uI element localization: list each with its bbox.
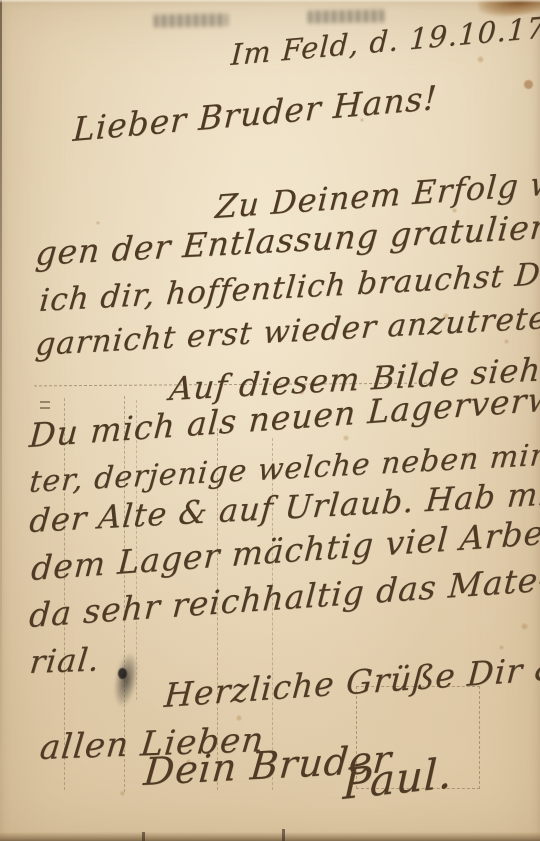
foxing-spot	[96, 221, 100, 225]
foxing-spot	[499, 645, 504, 650]
equals-mark	[40, 401, 50, 403]
foxing-spot	[343, 435, 349, 441]
postcard-photo: Im Feld, d. 19.10.17. Lieber Bruder Hans…	[0, 0, 540, 841]
top-edge-highlight	[0, 0, 540, 3]
show-through-print-right	[308, 9, 384, 23]
foxing-spot	[521, 623, 528, 630]
left-edge-shadow	[0, 0, 2, 760]
ink-blot-core	[118, 668, 127, 679]
show-through-print-left	[154, 13, 228, 27]
foxing-spot	[504, 339, 509, 344]
equals-mark	[40, 407, 50, 409]
foxing-spot	[477, 56, 484, 63]
corner-stain-speck	[524, 80, 533, 89]
foxing-spot	[120, 791, 125, 796]
bottom-edge-speck	[282, 829, 285, 841]
bottom-edge-speck	[142, 832, 145, 841]
bottom-edge-band	[0, 832, 540, 841]
letter-body-line: rial.	[28, 642, 102, 680]
